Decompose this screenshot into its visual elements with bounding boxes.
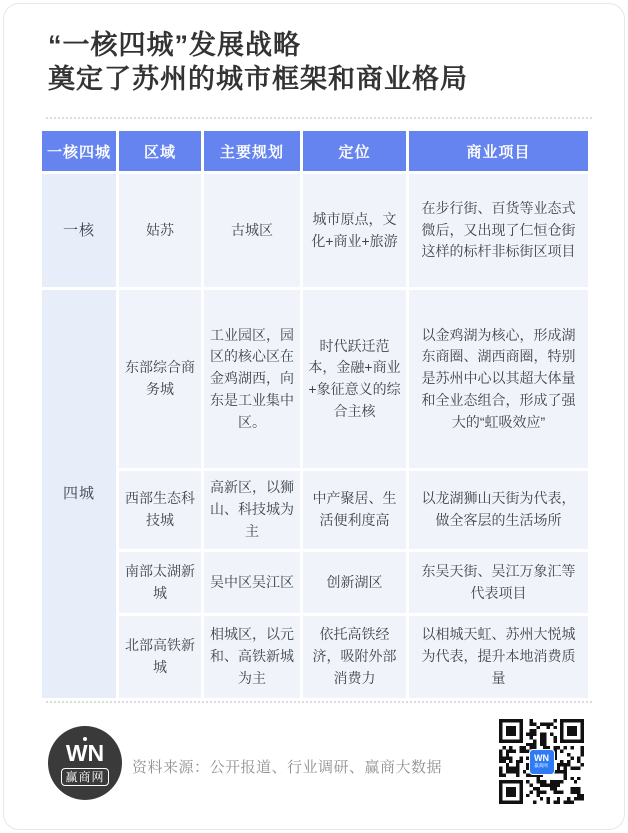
- qr-center-badge: WN 赢商网: [529, 749, 555, 775]
- page-title-line2: 奠定了苏州的城市框架和商业格局: [48, 62, 588, 96]
- cell-planning: 古城区: [204, 174, 300, 287]
- cell-projects: 以相城天虹、苏州大悦城为代表，提升本地消费质量: [409, 616, 588, 698]
- infographic-card: “一核四城”发展战略 奠定了苏州的城市框架和商业格局 一核四城 区域 主要规划 …: [3, 3, 625, 830]
- page-title-line1: “一核四城”发展战略: [48, 28, 588, 62]
- winshang-logo: WN 赢商网: [48, 726, 122, 800]
- column-header-projects: 商业项目: [409, 131, 588, 171]
- qr-badge-name: 赢商网: [535, 764, 549, 769]
- cell-positioning: 城市原点，文化+商业+旅游: [303, 174, 406, 287]
- cell-planning: 相城区，以元和、高铁新城为主: [204, 616, 300, 698]
- divider-top: [46, 117, 592, 119]
- strategy-table: 一核四城 区域 主要规划 定位 商业项目 一核 姑苏 古城区 城市原点，文化+商…: [42, 131, 588, 698]
- cell-region: 西部生态科技城: [119, 471, 201, 549]
- cell-positioning: 中产聚居、生活便利度高: [303, 471, 406, 549]
- cell-region: 南部太湖新城: [119, 552, 201, 613]
- qr-badge-letters: WN: [534, 754, 549, 763]
- cell-region: 姑苏: [119, 174, 201, 287]
- winshang-logo-name: 赢商网: [61, 768, 108, 786]
- column-header-positioning: 定位: [303, 131, 406, 171]
- divider-bottom: [46, 701, 592, 703]
- cell-planning: 吴中区吴江区: [204, 552, 300, 613]
- column-header-core-four: 一核四城: [42, 131, 116, 171]
- cell-projects: 东吴天街、吴江万象汇等代表项目: [409, 552, 588, 613]
- cell-planning: 高新区，以狮山、科技城为主: [204, 471, 300, 549]
- winshang-logo-letters: WN: [66, 740, 104, 766]
- cell-projects: 以龙湖狮山天街为代表，做全客层的生活场所: [409, 471, 588, 549]
- cell-positioning: 时代跃迁范本，金融+商业+象征意义的综合主核: [303, 290, 406, 468]
- cell-planning: 工业园区，园区的核心区在金鸡湖西，向东是工业集中区。: [204, 290, 300, 468]
- cell-positioning: 依托高铁经济，吸附外部消费力: [303, 616, 406, 698]
- column-header-region: 区域: [119, 131, 201, 171]
- qr-code: WN 赢商网: [499, 719, 584, 804]
- winshang-logo-mark: WN: [66, 742, 104, 764]
- cell-positioning: 创新湖区: [303, 552, 406, 613]
- winshang-logo-dot-icon: [83, 737, 87, 741]
- cell-projects: 以金鸡湖为核心，形成湖东商圈、湖西商圈，特别是苏州中心以其超大体量和全业态组合，…: [409, 290, 588, 468]
- page-title: “一核四城”发展战略 奠定了苏州的城市框架和商业格局: [48, 28, 588, 96]
- group-cell-four-cities: 四城: [42, 290, 116, 698]
- column-header-planning: 主要规划: [204, 131, 300, 171]
- group-cell-core: 一核: [42, 174, 116, 287]
- cell-region: 东部综合商务城: [119, 290, 201, 468]
- cell-projects: 在步行街、百货等业态式微后，又出现了仁恒仓街这样的标杆非标街区项目: [409, 174, 588, 287]
- cell-region: 北部高铁新城: [119, 616, 201, 698]
- data-source-note: 资料来源：公开报道、行业调研、赢商大数据: [132, 756, 442, 777]
